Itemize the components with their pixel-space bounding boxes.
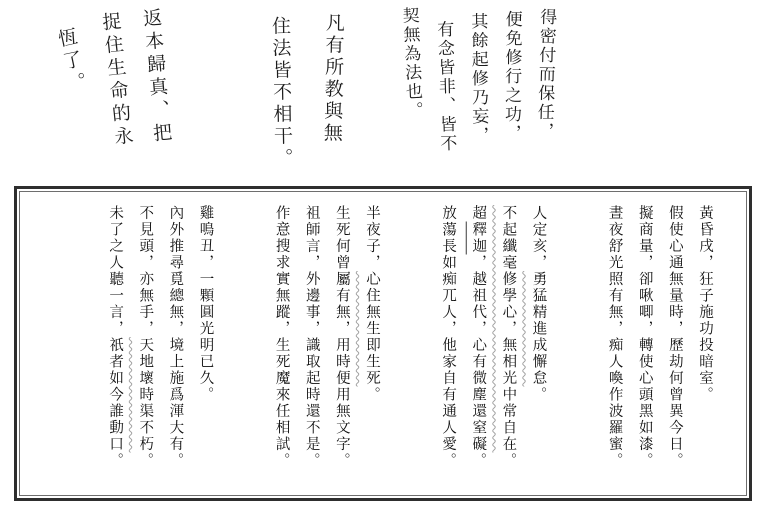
handwriting-column: 契無為法也。	[398, 4, 425, 185]
handwriting-column: 返本歸真、把	[139, 7, 175, 178]
printed-text-frame: 黃昏戌，狂子施功投暗室。假使心通無量時，歷劫何曾異今日。擬商量，卻啾唧，轉使心頭…	[14, 186, 752, 501]
verse-stanza-jiming-chou: 雞鳴丑，一顆圓光明已久。內外推尋覓總無，境上施爲渾大有。不見頭，亦無手，天地壞時…	[106, 205, 215, 487]
verse-column: 作意搜求實無蹤，生死魔來任相試。	[273, 205, 291, 487]
verse-stanza-rending-hai: 人定亥，勇猛精進成懈怠。不起纖毫修學心，無相光中常自在。超釋迦，越祖代，心有微塵…	[439, 205, 548, 487]
handwriting-column: 便免修行之功，	[500, 7, 521, 187]
handwritten-note-middle: 凡有所教與無住法皆不相干。	[239, 11, 344, 183]
handwriting-column: 得密付而保任，	[532, 8, 556, 188]
verse-text-block: 黃昏戌，狂子施功投暗室。假使心通無量時，歷劫何曾異今日。擬商量，卻啾唧，轉使心頭…	[20, 192, 746, 495]
handwriting-column: 凡有所教與無	[320, 13, 344, 183]
verse-column: 不見頭，亦無手，天地壞時渠不朽。	[136, 205, 154, 487]
handwriting-column: 其餘起修乃妄，	[467, 6, 488, 186]
handwriting-column: 有念皆非、皆不	[433, 5, 457, 185]
verse-column: 人定亥，勇猛精進成懈怠。	[529, 205, 547, 487]
verse-column: 不起纖毫修學心，無相光中常自在。	[499, 205, 517, 487]
printed-text-frame-inner: 黃昏戌，狂子施功投暗室。假使心通無量時，歷劫何曾異今日。擬商量，卻啾唧，轉使心頭…	[19, 191, 747, 496]
verse-stanza-banye-zi: 半夜子，心住無生即生死。生死何曾屬有無，用時便用無文字。祖師言，外邊事，識取起時…	[273, 205, 382, 487]
verse-column: 晝夜舒光照有無，痴人喚作波羅蜜。	[606, 205, 624, 487]
verse-stanza-huanghun-xu: 黃昏戌，狂子施功投暗室。假使心通無量時，歷劫何曾異今日。擬商量，卻啾唧，轉使心頭…	[606, 205, 715, 487]
verse-column: 內外推尋覓總無，境上施爲渾大有。	[166, 205, 184, 487]
handwritten-note-right: 得密付而保任，便免修行之功，其餘起修乃妄，有念皆非、皆不契無為法也。	[386, 4, 556, 188]
handwriting-column: 住法皆不相干。	[269, 12, 293, 182]
handwritten-note-left: 返本歸真、把捉住生命的永恆了。	[43, 7, 175, 187]
proper-name-mark: 釋迦	[470, 222, 486, 255]
handwriting-column: 恆了。	[51, 14, 107, 185]
verse-column: 未了之人聽一言，祇者如今誰動口。	[106, 205, 124, 487]
verse-column: 雞鳴丑，一顆圓光明已久。	[196, 205, 214, 487]
verse-column: 黃昏戌，狂子施功投暗室。	[696, 205, 714, 487]
verse-column: 擬商量，卻啾唧，轉使心頭黑如漆。	[636, 205, 654, 487]
verse-column: 祖師言，外邊事，識取起時還不是。	[303, 205, 321, 487]
emphasis-wavy-mark: 天地壞時渠不朽	[137, 337, 153, 453]
emphasis-wavy-mark: 不起纖毫修學心，無相光中常自在	[500, 205, 516, 453]
verse-column: 超釋迦，越祖代，心有微塵還窒礙。	[469, 205, 487, 487]
handwriting-column: 捉住生命的永	[98, 11, 137, 182]
emphasis-wavy-mark: 心住無生即生死	[364, 271, 380, 387]
verse-column: 假使心通無量時，歷劫何曾異今日。	[666, 205, 684, 487]
verse-column: 放蕩長如痴兀人，他家自有通人愛。	[439, 205, 457, 487]
verse-column: 半夜子，心住無生即生死。	[363, 205, 381, 487]
emphasis-wavy-mark: 勇猛精進成懈怠	[531, 271, 547, 387]
verse-column: 生死何曾屬有無，用時便用無文字。	[333, 205, 351, 487]
